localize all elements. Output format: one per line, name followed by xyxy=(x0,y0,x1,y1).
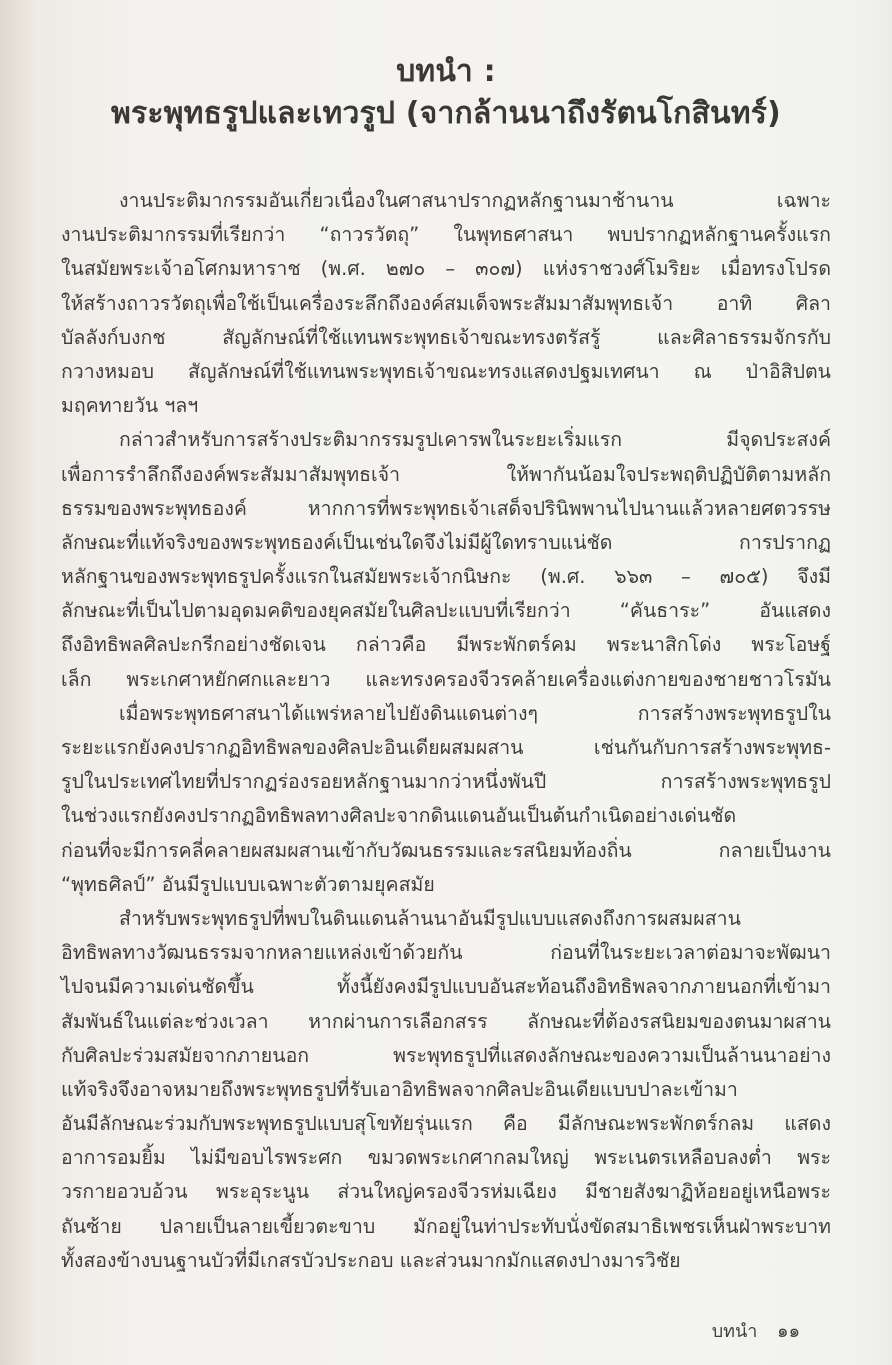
text-line: ในช่วงแรกยังคงปรากฏอิทธิพลทางศิลปะจากดิน… xyxy=(61,799,831,833)
text-line: ถึงอิทธิพลศิลปะกรีกอย่างชัดเจน กล่าวคือ … xyxy=(61,628,831,662)
text-line: ระยะแรกยังคงปรากฏอิทธิพลของศิลปะอินเดียผ… xyxy=(61,731,831,765)
text-line: ทั้งสองข้างบนฐานบัวที่มีเกสรบัวประกอบ แล… xyxy=(61,1244,831,1278)
text-line: งานประติมากรรมที่เรียกว่า “ถาวรวัตถุ” ใน… xyxy=(61,218,831,252)
text-line: บัลลังก์บงกช สัญลักษณ์ที่ใช้แทนพระพุทธเจ… xyxy=(61,321,831,355)
text-line: อิทธิพลทางวัฒนธรรมจากหลายแหล่งเข้าด้วยกั… xyxy=(61,936,831,970)
text-line: กล่าวสำหรับการสร้างประติมากรรมรูปเคารพใน… xyxy=(61,423,831,457)
running-title: บทนำ xyxy=(712,1321,758,1342)
text-line: อาการอมยิ้ม ไม่มีขอบไรพระศก ขมวดพระเกศาก… xyxy=(61,1141,831,1175)
text-line: ลักษณะที่เป็นไปตามอุดมคติของยุคสมัยในศิล… xyxy=(61,594,831,628)
text-line: ไปจนมีความเด่นชัดขึ้น ทั้งนี้ยังคงมีรูปแ… xyxy=(61,970,831,1004)
chapter-title: บทนำ : พระพุทธรูปและเทวรูป (จากล้านนาถึง… xyxy=(0,52,892,134)
text-line: รูปในประเทศไทยที่ปรากฏร่องรอยหลักฐานมากว… xyxy=(61,765,831,799)
text-line: ลักษณะที่แท้จริงของพระพุทธองค์เป็นเช่นใด… xyxy=(61,526,831,560)
text-line: กวางหมอบ สัญลักษณ์ที่ใช้แทนพระพุทธเจ้าขณ… xyxy=(61,355,831,389)
text-line: ให้สร้างถาวรวัตถุเพื่อใช้เป็นเครื่องระลึ… xyxy=(61,287,831,321)
page-number: ๑๑ xyxy=(777,1321,800,1342)
text-line: กับศิลปะร่วมสมัยจากภายนอก พระพุทธรูปที่แ… xyxy=(61,1039,831,1073)
text-line: เพื่อการรำลึกถึงองค์พระสัมมาสัมพุทธเจ้า … xyxy=(61,458,831,492)
page-footer: บทนำ ๑๑ xyxy=(712,1316,800,1345)
text-line: เมื่อพระพุทธศาสนาได้แพร่หลายไปยังดินแดนต… xyxy=(61,697,831,731)
text-line: อันมีลักษณะร่วมกับพระพุทธรูปแบบสุโขทัยรุ… xyxy=(61,1107,831,1141)
paragraph-3: เมื่อพระพุทธศาสนาได้แพร่หลายไปยังดินแดนต… xyxy=(61,697,831,902)
paragraph-1: งานประติมากรรมอันเกี่ยวเนื่องในศาสนาปราก… xyxy=(61,184,831,423)
text-line: หลักฐานของพระพุทธรูปครั้งแรกในสมัยพระเจ้… xyxy=(61,560,831,594)
paragraph-2: กล่าวสำหรับการสร้างประติมากรรมรูปเคารพใน… xyxy=(61,423,831,697)
text-line: งานประติมากรรมอันเกี่ยวเนื่องในศาสนาปราก… xyxy=(61,184,831,218)
text-line: สำหรับพระพุทธรูปที่พบในดินแดนล้านนาอันมี… xyxy=(61,902,831,936)
text-line: ในสมัยพระเจ้าอโศกมหาราช (พ.ศ. ๒๗๐ – ๓๐๗)… xyxy=(61,252,831,286)
text-line: ถันซ้าย ปลายเป็นลายเขี้ยวตะขาบ มักอยู่ใน… xyxy=(61,1210,831,1244)
paragraph-4: สำหรับพระพุทธรูปที่พบในดินแดนล้านนาอันมี… xyxy=(61,902,831,1278)
text-line: แท้จริงจึงอาจหมายถึงพระพุทธรูปที่รับเอาอ… xyxy=(61,1073,831,1107)
text-line: ธรรมของพระพุทธองค์ หากการที่พระพุทธเจ้าเ… xyxy=(61,492,831,526)
body-text: งานประติมากรรมอันเกี่ยวเนื่องในศาสนาปราก… xyxy=(61,184,831,1278)
text-line: เล็ก พระเกศาหยักศกและยาว และทรงครองจีวรค… xyxy=(61,663,831,697)
text-line: สัมพันธ์ในแต่ละช่วงเวลา หากผ่านการเลือกส… xyxy=(61,1005,831,1039)
text-line: ก่อนที่จะมีการคลี่คลายผสมผสานเข้ากับวัฒน… xyxy=(61,834,831,868)
text-line: มฤคทายวัน ฯลฯ xyxy=(61,389,831,423)
chapter-title-line-1: บทนำ : xyxy=(0,52,892,92)
text-line: วรกายอวบอ้วน พระอุระนูน ส่วนใหญ่ครองจีวร… xyxy=(61,1175,831,1209)
text-line: “พุทธศิลป์” อันมีรูปแบบเฉพาะตัวตามยุคสมั… xyxy=(61,868,831,902)
book-page: บทนำ : พระพุทธรูปและเทวรูป (จากล้านนาถึง… xyxy=(0,0,892,1365)
chapter-title-line-2: พระพุทธรูปและเทวรูป (จากล้านนาถึงรัตนโกส… xyxy=(0,94,892,134)
spine-shadow xyxy=(0,0,34,1365)
